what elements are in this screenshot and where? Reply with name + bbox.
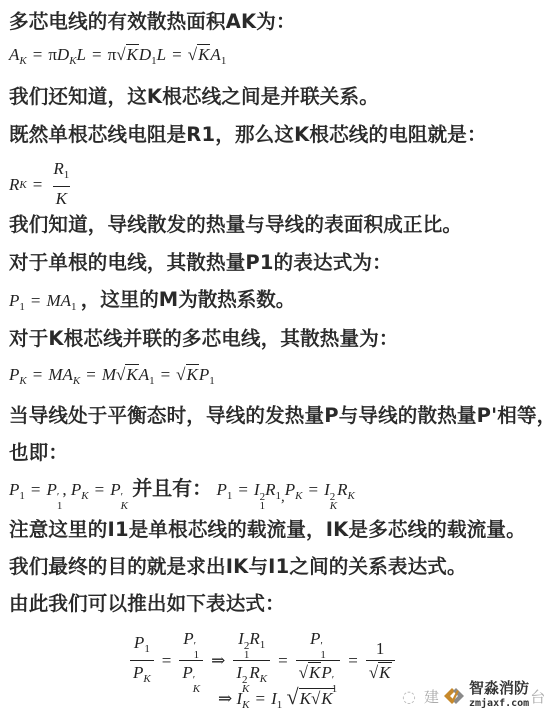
var-d: D xyxy=(57,45,69,64)
sub-1: 1 xyxy=(260,502,266,511)
sub-k: K xyxy=(81,490,88,502)
var-p: P xyxy=(310,629,320,648)
var-k: K xyxy=(197,44,210,64)
sub-1: 1 xyxy=(71,301,77,313)
sub-1: 1 xyxy=(209,375,215,387)
sub-k: K xyxy=(347,490,354,502)
var-m: M xyxy=(48,365,62,384)
goal-statement: 我们最终的目的就是求出IK与I1之间的关系表达式。 xyxy=(9,555,467,579)
fraction-1-sqrtk: 1 √K xyxy=(366,638,395,685)
var-p: P xyxy=(110,480,120,499)
var-p: P xyxy=(182,663,192,682)
var-l: L xyxy=(157,45,166,64)
var-k: K xyxy=(308,662,321,682)
sub-k: K xyxy=(242,699,249,711)
resistance-statement: 既然单根芯线电阻是R1，那么这K根芯线的电阻就是： xyxy=(9,123,487,147)
var-a: A xyxy=(210,45,220,64)
radical: √ xyxy=(176,365,185,384)
equals: = xyxy=(256,689,266,708)
var-r: R xyxy=(249,629,259,648)
var-a: A xyxy=(9,45,19,64)
sqrt: √K xyxy=(116,44,139,66)
watermark: ◌ 建 智淼消防 zmjaxf.com 台 xyxy=(402,681,545,711)
equilibrium-statement: 当导线处于平衡态时，导线的发热量P与导线的散热量P'相等， xyxy=(9,404,556,428)
equals: = xyxy=(238,480,248,499)
sub-1: 1 xyxy=(277,699,283,711)
watermark-prefix: 建 xyxy=(424,686,439,707)
var-l: L xyxy=(77,45,86,64)
brand-logo-icon xyxy=(442,684,466,708)
var-k: K xyxy=(378,662,391,682)
var-p: P xyxy=(9,291,19,310)
ampacity-note: 注意这里的I1是单根芯线的载流量，IK是多芯线的载流量。 xyxy=(9,518,526,542)
sqrt: √K xyxy=(188,44,211,66)
equals: = xyxy=(308,480,318,499)
equals: = xyxy=(31,480,41,499)
sub-1: 1 xyxy=(260,639,266,651)
sqrt: √K xyxy=(369,661,392,685)
var-p: P xyxy=(46,480,56,499)
sub-k: K xyxy=(193,685,200,694)
comma: , xyxy=(62,480,66,499)
var-k: K xyxy=(186,364,199,384)
equals: = xyxy=(86,365,96,384)
sub-k: K xyxy=(69,55,76,67)
radical: √ xyxy=(311,689,320,708)
sub-1: 1 xyxy=(144,643,150,655)
sub-k: K xyxy=(19,375,26,387)
var-p: P xyxy=(9,365,19,384)
numeral-1: 1 xyxy=(376,639,385,658)
equals: = xyxy=(31,291,41,310)
var-k: K xyxy=(56,189,67,208)
var-p: P xyxy=(134,633,144,652)
sub-1: 1 xyxy=(149,375,155,387)
sub-1: 1 xyxy=(194,651,200,660)
sqrt: √K xyxy=(116,364,139,386)
var-p: P xyxy=(199,365,209,384)
equals: = xyxy=(172,45,182,64)
implies-arrow: ⇒ xyxy=(218,689,232,708)
equals: = xyxy=(33,45,43,64)
equals: = xyxy=(92,45,102,64)
var-r: R xyxy=(265,480,275,499)
pi: π xyxy=(48,45,57,64)
single-wire-heat-statement: 对于单根的电线，其散热量P1的表达式为： xyxy=(9,251,392,275)
equals: = xyxy=(33,174,43,196)
fraction-p1-pk: P1 PK xyxy=(130,632,154,691)
sub-k: K xyxy=(19,55,26,67)
sub-k: K xyxy=(260,673,267,685)
sub-1: 1 xyxy=(221,55,227,67)
fraction-p1prime-pkprime: P′1 P′K xyxy=(179,628,203,694)
var-p: P xyxy=(183,629,193,648)
coefficient-note: ，这里的M为散热系数。 xyxy=(81,288,295,311)
formula-equilibrium-line: P1=P′1, PK=P′K 并且有： P1=I21R1,PK=I2KRK xyxy=(9,477,355,511)
sub-k: K xyxy=(143,673,150,685)
var-p: P xyxy=(133,663,143,682)
var-r: R xyxy=(53,159,63,178)
var-k: K xyxy=(320,688,333,708)
formula-single-heat-line: P1=MA1 ，这里的M为散热系数。 xyxy=(9,289,295,318)
var-p: P xyxy=(321,663,331,682)
var-p: P xyxy=(9,480,19,499)
sub-1: 1 xyxy=(64,169,70,181)
sqrt-outer: √K√K xyxy=(287,686,335,710)
formula-result: ⇒ IK=I1 √K√K xyxy=(218,686,335,716)
var-a: A xyxy=(61,291,71,310)
derive-statement: 由此我们可以推出如下表达式： xyxy=(9,592,285,616)
formula-area: AK=πDKL=π√KD1L=√KA1 xyxy=(9,44,226,72)
var-m: M xyxy=(46,291,60,310)
radical: √ xyxy=(188,45,197,64)
var-p: P xyxy=(285,480,295,499)
equals: = xyxy=(95,480,105,499)
formula-resistance: RK= R1 K xyxy=(9,158,74,211)
var-p: P xyxy=(71,480,81,499)
sub-1: 1 xyxy=(19,490,25,502)
sqrt-inner: √K xyxy=(311,688,334,710)
sub-k: K xyxy=(330,502,337,511)
var-k: K xyxy=(126,44,139,64)
radical: √ xyxy=(369,663,378,682)
var-m: M xyxy=(102,365,116,384)
var-a: A xyxy=(139,365,149,384)
heading-effective-area: 多芯电线的有效散热面积AK为： xyxy=(9,10,296,34)
radical: √ xyxy=(299,663,308,682)
equals: = xyxy=(348,650,358,672)
sub-k: K xyxy=(295,490,302,502)
that-is-label: 也即： xyxy=(9,441,68,465)
sub-1: 1 xyxy=(227,490,233,502)
var-d: D xyxy=(139,45,151,64)
fraction: R1 K xyxy=(50,158,72,211)
var-a: A xyxy=(63,365,73,384)
var-r: R xyxy=(9,174,19,196)
heat-proportional-statement: 我们知道，导线散发的热量与导线的表面积成正比。 xyxy=(9,213,462,237)
sub-k: K xyxy=(121,502,128,511)
multi-core-heat-statement: 对于K根芯线并联的多芯电线，其散热量为： xyxy=(9,327,399,351)
var-r: R xyxy=(249,663,259,682)
radical: √ xyxy=(287,684,299,709)
radical: √ xyxy=(116,365,125,384)
var-k: K xyxy=(300,689,311,708)
sub-1: 1 xyxy=(320,651,326,660)
sub-1: 1 xyxy=(57,502,63,511)
radicand: K√K xyxy=(299,688,335,708)
watermark-suffix: 台 xyxy=(530,686,545,707)
fraction-i2r: I21R1 I2KRK xyxy=(233,628,270,694)
formula-derivation-chain: P1 PK = P′1 P′K ⇒ I21R1 I2KRK = P′1 √KP′… xyxy=(128,628,397,694)
brand-domain: zmjaxf.com xyxy=(469,696,529,711)
sqrt: √K xyxy=(299,661,322,685)
and-label: 并且有： xyxy=(132,476,212,500)
brand-name: 智淼消防 xyxy=(469,681,529,696)
sub-1: 1 xyxy=(244,651,250,660)
fraction-p1prime-sqrtk: P′1 √KP′1 xyxy=(296,628,341,694)
pi: π xyxy=(108,45,117,64)
radical: √ xyxy=(116,45,125,64)
formula-multi-heat: PK=MAK=M√KA1=√KP1 xyxy=(9,364,215,392)
wechat-icon: ◌ xyxy=(402,687,416,706)
brand-block: 智淼消防 zmjaxf.com xyxy=(469,681,529,711)
sub-1: 1 xyxy=(19,301,25,313)
sub-k: K xyxy=(19,174,26,196)
sub-k: K xyxy=(73,375,80,387)
equals: = xyxy=(33,365,43,384)
equals: = xyxy=(161,365,171,384)
parallel-statement: 我们还知道，这K根芯线之间是并联关系。 xyxy=(9,85,379,109)
equals: = xyxy=(162,650,172,672)
equals: = xyxy=(278,650,288,672)
var-k: K xyxy=(125,364,138,384)
implies-arrow: ⇒ xyxy=(211,650,225,672)
var-r: R xyxy=(337,480,347,499)
var-p: P xyxy=(216,480,226,499)
sqrt: √K xyxy=(176,364,199,386)
